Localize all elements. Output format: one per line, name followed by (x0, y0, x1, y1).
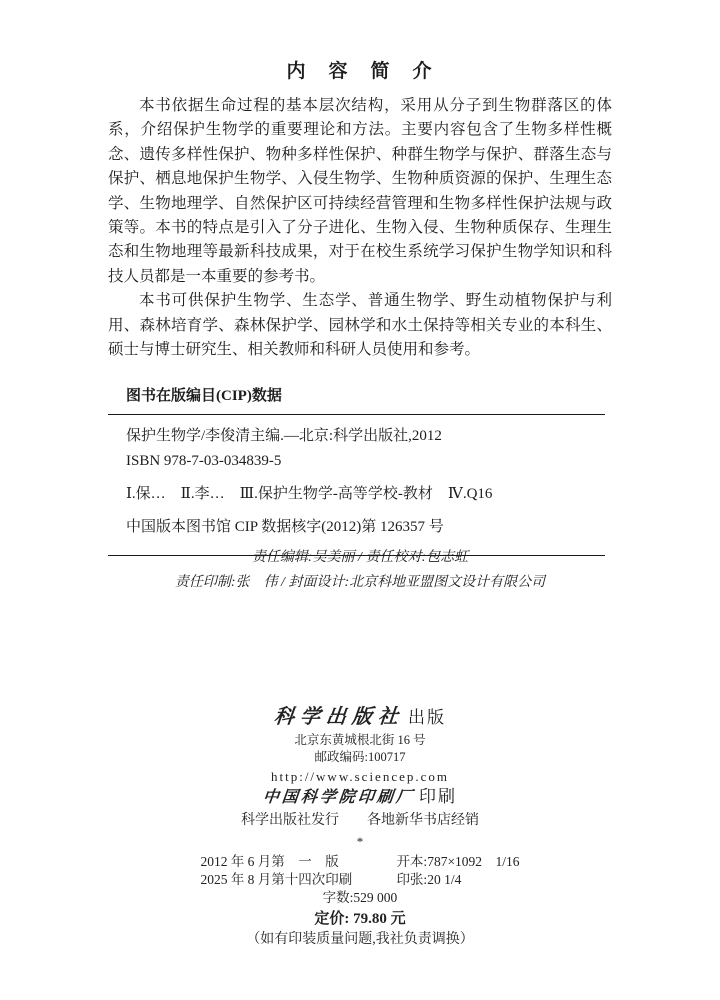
price: 定价: 79.80 元 (0, 911, 720, 928)
distribution-line: 科学出版社发行 各地新华书店经销 (0, 812, 720, 829)
cip-section: 图书在版编目(CIP)数据 保护生物学/李俊清主编.—北京:科学出版社,2012… (108, 384, 605, 556)
publisher-website: http://www.sciencep.com (0, 768, 720, 785)
credits-editors: 责任编辑:吴美丽 / 责任校对:包志虹 (108, 545, 612, 570)
cip-classification: Ⅰ.保… Ⅱ.李… Ⅲ.保护生物学-高等学校-教材 Ⅳ.Q16 (126, 485, 605, 504)
intro-paragraph-1: 本书依据生命过程的基本层次结构，采用从分子到生物群落区的体系，介绍保护生物学的重… (108, 94, 612, 289)
cip-isbn: ISBN 978-7-03-034839-5 (126, 452, 605, 471)
printing-date: 2025 年 8 月第十四次印刷 (200, 871, 396, 889)
intro-paragraph-2: 本书可供保护生物学、生态学、普通生物学、野生动植物保护与利用、森林培育学、森林保… (108, 289, 612, 362)
cip-heading: 图书在版编目(CIP)数据 (108, 384, 605, 405)
editorial-credits: 责任编辑:吴美丽 / 责任校对:包志虹 责任印制:张 伟 / 封面设计:北京科地… (108, 545, 612, 595)
separator-star: * (0, 833, 720, 850)
credits-print-design: 责任印制:张 伟 / 封面设计:北京科地亚盟图文设计有限公司 (108, 570, 612, 595)
book-copyright-page: 内 容 简 介 本书依据生命过程的基本层次结构，采用从分子到生物群落区的体系，介… (0, 0, 720, 1000)
postal-code: 邮政编码:100717 (0, 749, 720, 766)
publisher-logo: 科学出版社 (273, 708, 405, 725)
publisher-address: 北京东黄城根北街 16 号 (0, 732, 720, 749)
publisher-line: 科学出版社出版 (0, 708, 720, 728)
printer-label: 印刷 (419, 787, 457, 806)
colophon: 科学出版社出版 北京东黄城根北街 16 号 邮政编码:100717 http:/… (0, 708, 720, 948)
printer-logo: 中国科学院印刷厂 (262, 788, 416, 805)
word-count: 字数:529 000 (0, 889, 720, 906)
cip-title-line: 保护生物学/李俊清主编.—北京:科学出版社,2012 (126, 427, 605, 446)
page-title: 内 容 简 介 (0, 56, 720, 83)
publisher-label: 出版 (408, 708, 446, 727)
edition-row: 2012 年 6 月第 一 版 开本:787×1092 1/16 (200, 853, 519, 871)
sheets-spec: 印张:20 1/4 (396, 871, 461, 889)
format-spec: 开本:787×1092 1/16 (396, 853, 519, 871)
edition-date: 2012 年 6 月第 一 版 (200, 853, 396, 871)
printing-row: 2025 年 8 月第十四次印刷 印张:20 1/4 (200, 871, 519, 889)
cip-record-number: 中国版本图书馆 CIP 数据核字(2012)第 126357 号 (126, 518, 605, 537)
cip-body: 保护生物学/李俊清主编.—北京:科学出版社,2012 ISBN 978-7-03… (108, 415, 605, 555)
content-summary: 本书依据生命过程的基本层次结构，采用从分子到生物群落区的体系，介绍保护生物学的重… (108, 94, 612, 362)
quality-note: （如有印装质量问题,我社负责调换） (0, 931, 720, 948)
printer-line: 中国科学院印刷厂印刷 (0, 788, 720, 807)
imprint-block: 2012 年 6 月第 一 版 开本:787×1092 1/16 2025 年 … (200, 853, 519, 888)
